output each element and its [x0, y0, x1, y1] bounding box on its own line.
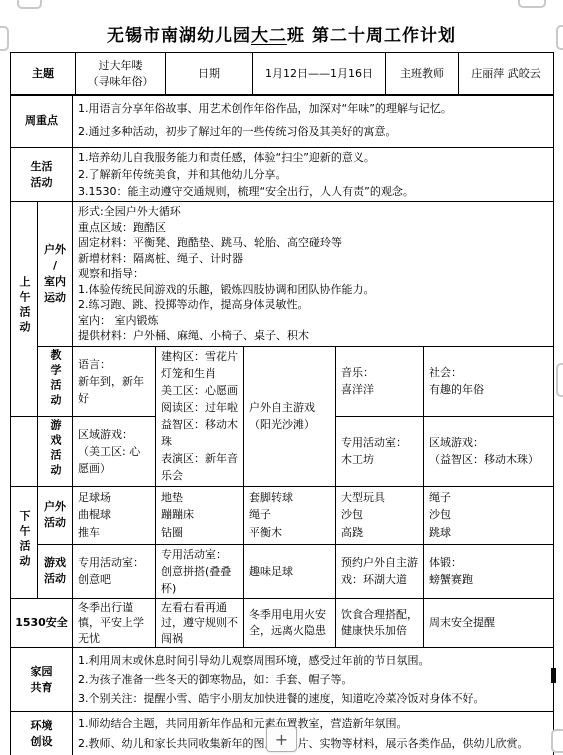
edge-button-right-top[interactable] [556, 25, 563, 50]
afternoon-label-text: 下午活动 [16, 510, 32, 570]
teacher-label-cell: 主班教师 [386, 53, 459, 96]
morning-games-label: 游戏活动 [38, 416, 73, 486]
environment-label: 环境创设 [11, 712, 73, 755]
teaching-areas-cell: 建构区：雪花片灯笼和生肖 美工区：心愿画 阅读区：过年啦 益智区：移动木珠 表演… [156, 347, 244, 486]
afternoon-games-cell-3: 趣味足球 [244, 544, 336, 598]
safety-cell-3: 冬季用电用火安全，远离火隐患 [244, 598, 336, 648]
afternoon-games-cell-1: 专用活动室： 创意吧 [73, 544, 156, 598]
date-label-cell: 日期 [166, 53, 253, 96]
safety-cell-4: 饮食合理搭配，健康快乐加倍 [336, 598, 424, 648]
daily-life-label: 生活活动 [11, 148, 73, 202]
plan-body-table: 周重点 1.用语言分享年俗故事、用艺术创作年俗作品，加深对“年味”的理解与记忆。… [10, 94, 554, 755]
afternoon-games-label: 游戏活动 [38, 544, 73, 598]
environment-content: 1.师幼结合主题，共同用新年作品和元素布置教室，营造新年氛围。 2.教师、幼儿和… [73, 712, 554, 755]
week-focus-label: 周重点 [11, 95, 73, 148]
daily-life-label-line2: 活动 [13, 175, 70, 191]
theme-line1: 过大年喽 [81, 58, 160, 75]
afternoon-label: 下午活动 [11, 486, 38, 598]
teacher-value-cell: 庄丽萍 武皎云 [459, 53, 554, 96]
title-underlined-class: 大二 [251, 26, 287, 46]
safety-cell-1: 冬季出行谨慎，平安上学无忧 [73, 598, 156, 648]
morning-games-room-cell: 专用活动室： 木工坊 [336, 416, 424, 486]
teaching-social-cell: 社会： 有趣的年俗 [424, 347, 554, 417]
afternoon-games-cell-5: 体锻： 螃蟹赛跑 [424, 544, 554, 598]
daily-life-label-line1: 生活 [13, 159, 70, 175]
morning-sport-content: 形式:全园户外大循环 重点区域：跑酷区 固定材料：平衡凳、跑酷垫、跳马、轮胎、高… [73, 202, 554, 347]
afternoon-games-cell-2: 专用活动室： 创意拼搭(叠叠杯) [156, 544, 244, 598]
teaching-label: 教学活动 [38, 347, 73, 417]
morning-label: 上午活动 [11, 202, 38, 417]
home-coop-label-line2: 共育 [13, 680, 70, 696]
home-coop-label-line1: 家园 [13, 664, 70, 680]
outdoor-free-play-cell: 户外自主游戏 （阳光沙滩） [244, 347, 336, 486]
week-focus-content: 1.用语言分享年俗故事、用艺术创作年俗作品，加深对“年味”的理解与记忆。 2.通… [73, 95, 554, 148]
title-suffix: 班 第二十周工作计划 [287, 26, 456, 46]
edge-button-bottom-right[interactable] [551, 729, 563, 753]
edge-button-right-middle[interactable] [556, 363, 563, 397]
sport-label-line3: 室内 [40, 274, 70, 290]
teaching-music-cell: 音乐： 喜洋洋 [336, 347, 424, 417]
environment-label-line2: 创设 [13, 734, 70, 750]
afternoon-outdoor-cell-1: 足球场 曲棍球 推车 [73, 486, 156, 544]
home-coop-label: 家园共育 [11, 648, 73, 712]
date-value-cell: 1月12日——1月16日 [253, 53, 386, 96]
home-coop-content: 1.利用周末或休息时间引导幼儿观察周围环境，感受过年前的节日氛围。 2.为孩子准… [73, 648, 554, 712]
document-page: 无锡市南湖幼儿园大二班 第二十周工作计划 主题 过大年喽（寻味年俗） 日期 1月… [0, 0, 563, 755]
theme-line2: （寻味年俗） [81, 74, 160, 91]
plan-header-table: 主题 过大年喽（寻味年俗） 日期 1月12日——1月16日 主班教师 庄丽萍 武… [10, 52, 554, 96]
page-title: 无锡市南湖幼儿园大二班 第二十周工作计划 [0, 21, 563, 46]
theme-value-cell: 过大年喽（寻味年俗） [76, 53, 166, 96]
sport-label-line2: / [40, 258, 70, 274]
daily-life-content: 1.培养幼儿自我服务能力和责任感，体验“扫尘”迎新的意义。 2.了解新年传统美食… [73, 148, 554, 202]
morning-label-text: 上午活动 [16, 276, 32, 336]
safety-label: 1530安全 [11, 598, 73, 648]
teaching-label-text: 教学活动 [47, 349, 63, 409]
morning-games-area2-cell: 区域游戏： （益智区：移动木珠） [424, 416, 554, 486]
edge-button-top-right[interactable] [518, 0, 546, 8]
teaching-language-cell: 语言： 新年到，新年好 [73, 347, 156, 417]
safety-cell-5: 周末安全提醒 [424, 598, 554, 648]
empty-cell [11, 416, 38, 486]
theme-label-cell: 主题 [11, 53, 76, 96]
afternoon-outdoor-label: 户外活动 [38, 486, 73, 544]
afternoon-outdoor-cell-2: 地垫 蹦蹦床 钻圈 [156, 486, 244, 544]
sport-label-line1: 户外 [40, 242, 70, 258]
afternoon-games-cell-4: 预约户外自主游戏：环湖大道 [336, 544, 424, 598]
title-prefix: 无锡市南湖幼儿园 [107, 26, 251, 46]
safety-cell-2: 左看右看再通过，遵守规则不闯祸 [156, 598, 244, 648]
text-cursor-mark [551, 668, 556, 683]
afternoon-outdoor-cell-3: 套脚转球 绳子 平衡木 [244, 486, 336, 544]
add-button[interactable]: + [266, 726, 297, 752]
morning-games-label-text: 游戏活动 [47, 419, 63, 479]
edge-button-top-left[interactable] [17, 0, 42, 9]
sport-label-line4: 运动 [40, 290, 70, 306]
environment-label-line1: 环境 [13, 718, 70, 734]
afternoon-outdoor-cell-5: 绳子 沙包 跳球 [424, 486, 554, 544]
morning-games-area-cell: 区域游戏： （美工区: 心愿画） [73, 416, 156, 486]
afternoon-outdoor-cell-4: 大型玩具 沙包 高跷 [336, 486, 424, 544]
edge-button-left[interactable] [0, 26, 9, 51]
morning-sport-label: 户外/室内运动 [38, 202, 73, 347]
